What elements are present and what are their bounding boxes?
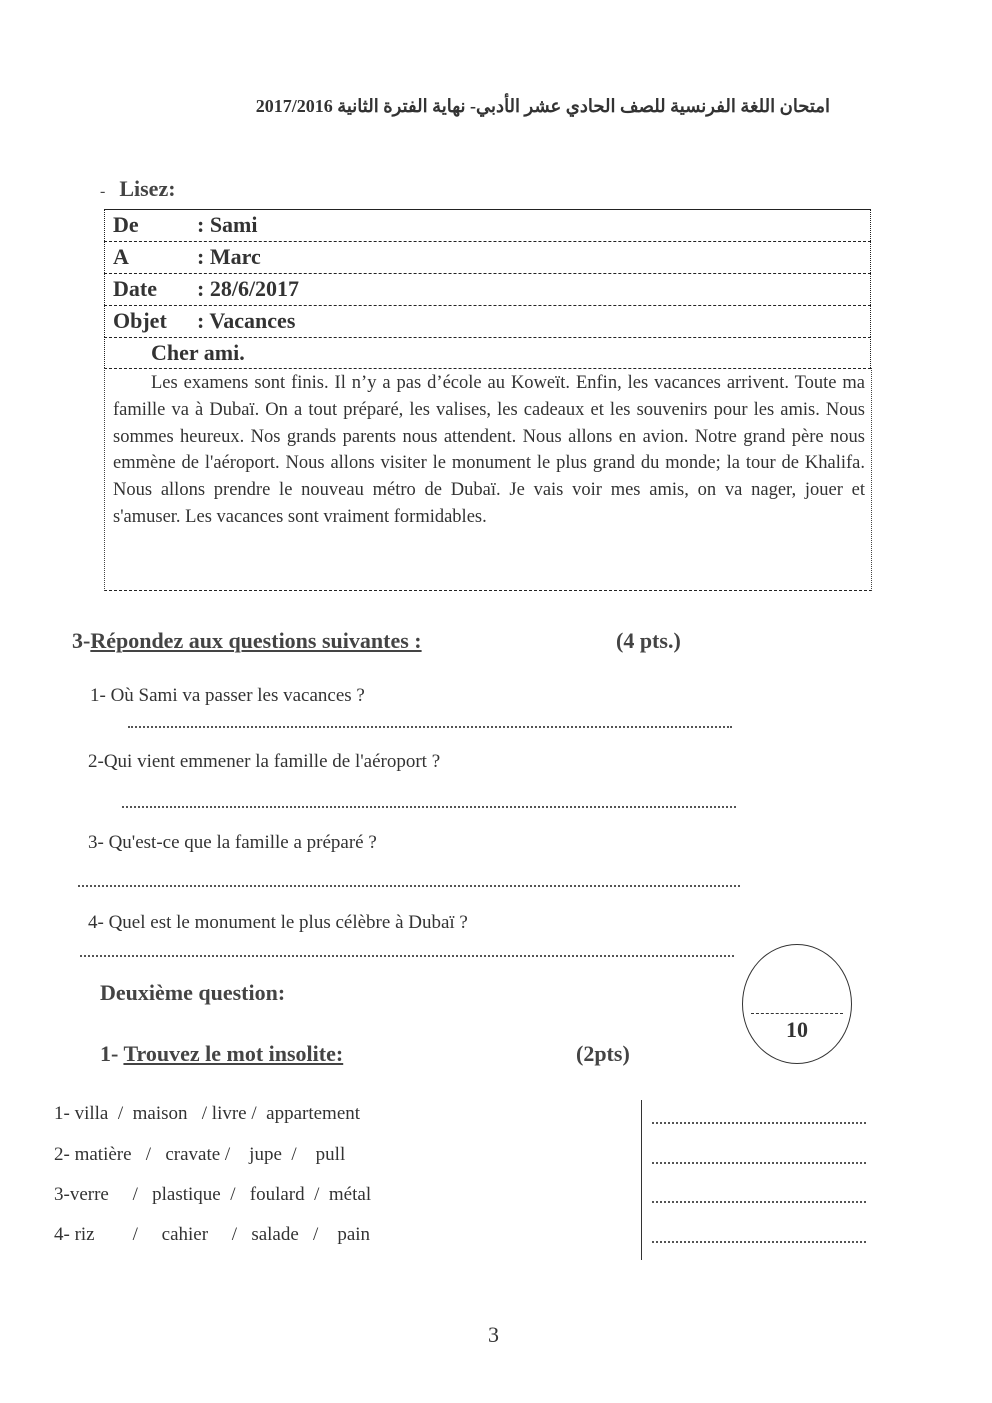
field-value: : Sami xyxy=(197,210,258,240)
bullet: - xyxy=(100,183,105,200)
question-3: 3- Qu'est-ce que la famille a préparé ? xyxy=(88,832,377,854)
answer-column-divider xyxy=(641,1100,642,1260)
questions-number: 3- xyxy=(72,628,90,653)
field-label: De xyxy=(113,210,139,240)
questions-points: (4 pts.) xyxy=(616,628,681,654)
insolite-answer-3[interactable] xyxy=(652,1201,866,1203)
field-label: A xyxy=(113,242,129,272)
exercise-heading: Trouvez le mot insolite: xyxy=(123,1041,343,1066)
insolite-answer-2[interactable] xyxy=(652,1162,866,1164)
score-circle: 10 xyxy=(742,944,852,1064)
question-1: 1- Où Sami va passer les vacances ? xyxy=(90,685,365,707)
exercise-number: 1- xyxy=(100,1041,123,1066)
questions-heading: Répondez aux questions suivantes : xyxy=(90,628,421,653)
exam-header-title: امتحان اللغة الفرنسية للصف الحادي عشر ال… xyxy=(200,96,830,117)
insolite-answer-1[interactable] xyxy=(652,1122,866,1124)
answer-line-3[interactable] xyxy=(78,885,740,887)
greeting-row: Cher ami. xyxy=(104,337,871,368)
exercise-points: (2pts) xyxy=(576,1041,630,1067)
second-question-title: Deuxième question: xyxy=(100,980,285,1006)
answer-line-4[interactable] xyxy=(80,955,734,957)
header-row-subject: Objet : Vacances xyxy=(104,305,871,337)
exercise-title: 1- Trouvez le mot insolite: xyxy=(100,1041,343,1067)
word-list-3: 3-verre / plastique / foulard / métal xyxy=(54,1184,371,1206)
letter-body: Les examens sont finis. Il n’y a pas d’é… xyxy=(104,368,872,591)
word-list-1: 1- villa / maison / livre / appartement xyxy=(54,1103,360,1125)
field-label: Date xyxy=(113,274,157,304)
greeting: Cher ami. xyxy=(151,338,245,368)
answer-line-1[interactable] xyxy=(128,726,732,728)
field-value: : 28/6/2017 xyxy=(197,274,299,304)
insolite-answer-4[interactable] xyxy=(652,1241,866,1243)
question-2: 2-Qui vient emmener la famille de l'aéro… xyxy=(88,751,440,773)
page-number: 3 xyxy=(488,1322,499,1348)
score-total: 10 xyxy=(743,1017,851,1043)
letter-header-table: De : Sami A : Marc Date : 28/6/2017 Obje… xyxy=(104,209,871,369)
header-row-to: A : Marc xyxy=(104,241,871,273)
reading-instruction: -Lisez: xyxy=(100,176,176,202)
questions-title: 3-Répondez aux questions suivantes : xyxy=(72,628,422,654)
header-row-from: De : Sami xyxy=(104,209,871,241)
header-row-date: Date : 28/6/2017 xyxy=(104,273,871,305)
answer-line-2[interactable] xyxy=(122,806,736,808)
instruction-text: Lisez: xyxy=(119,176,175,201)
score-input-line[interactable] xyxy=(751,1013,843,1014)
word-list-2: 2- matière / cravate / jupe / pull xyxy=(54,1144,345,1166)
question-4: 4- Quel est le monument le plus célèbre … xyxy=(88,912,468,934)
field-label: Objet xyxy=(113,306,167,336)
field-value: : Marc xyxy=(197,242,261,272)
letter-text: Les examens sont finis. Il n’y a pas d’é… xyxy=(105,368,871,531)
field-value: : Vacances xyxy=(197,306,295,336)
word-list-4: 4- riz / cahier / salade / pain xyxy=(54,1224,370,1246)
